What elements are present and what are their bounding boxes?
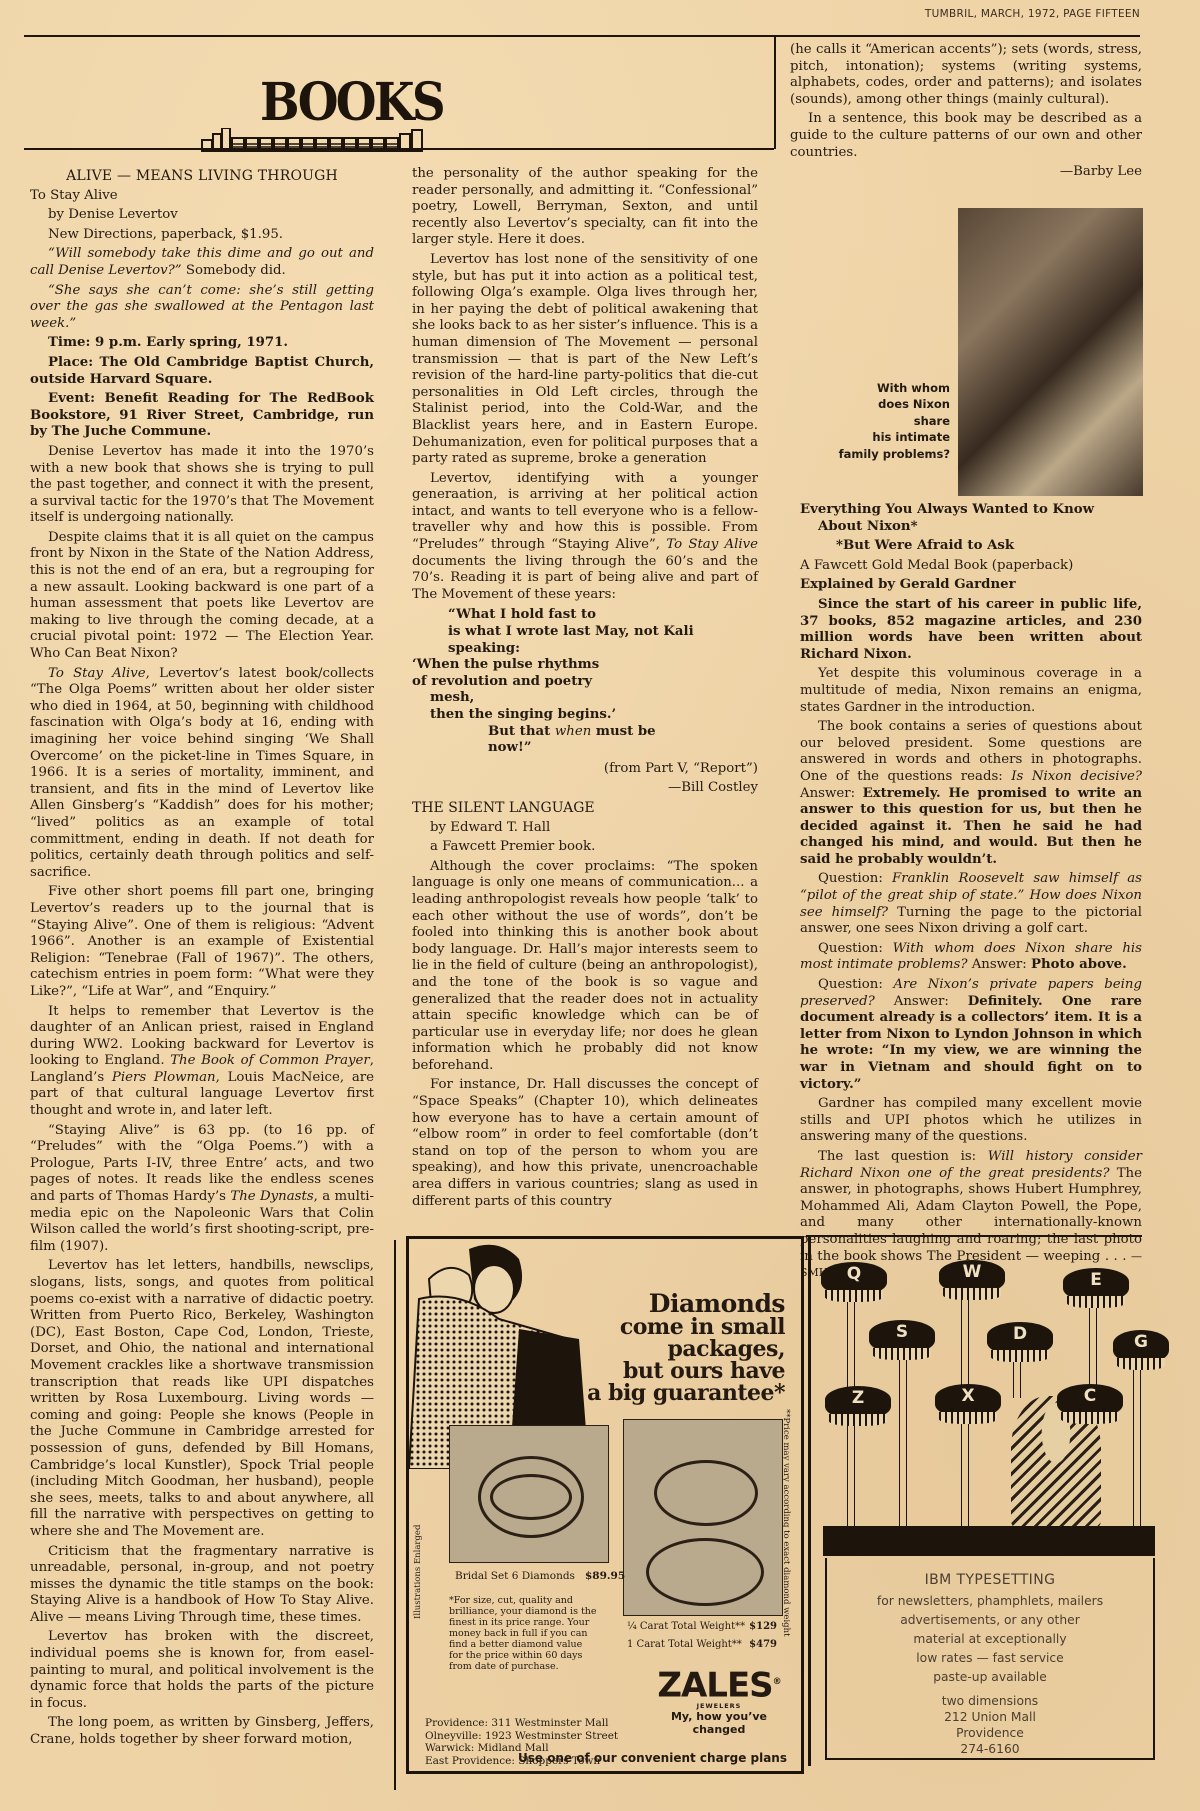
review1-paragraph-olga: To Stay Alive, Levertov’s latest book/co… (30, 666, 374, 882)
review2-byline: —Barby Lee (790, 164, 1142, 181)
column-2: the personality of the author speaking f… (412, 166, 758, 1213)
italic-title: The Dynasts (230, 1189, 313, 1204)
column-1: ALIVE — MEANS LIVING THROUGH To Stay Ali… (30, 168, 374, 1752)
paragraph-text: Question: (818, 977, 893, 992)
review1-paragraph-helps: It helps to remember that Levertov is th… (30, 1004, 374, 1120)
caption-line: share (838, 413, 950, 429)
typewriter-key-q: Q (821, 1262, 887, 1296)
column-3-lower: Everything You Always Wanted to Know Abo… (800, 502, 1142, 1285)
column-3: (he calls it “American accents”); sets (… (790, 42, 1142, 184)
review3-author: Explained by Gerald Gardner (800, 577, 1142, 594)
solitaire-rings-image (623, 1419, 783, 1616)
italic-title: To Stay Alive (48, 666, 146, 681)
review3-question: Question: With whom does Nixon share his… (800, 941, 1142, 974)
review1-paragraph: Five other short poems fill part one, br… (30, 884, 374, 1000)
zales-logo-block: ZALES® JEWELERS My, how you’ve changed (649, 1665, 789, 1736)
store-address: Providence: 311 Westminster Mall (425, 1717, 618, 1730)
logo-text: ZALES (657, 1665, 772, 1705)
zales-headline: Diamonds come in small packages, but our… (587, 1291, 785, 1404)
guarantee-text: *For size, cut, quality and brilliance, … (449, 1595, 599, 1672)
headline-line: packages, (587, 1338, 785, 1360)
paragraph-text: The last question is: (818, 1149, 988, 1164)
registered-mark: ® (773, 1677, 781, 1687)
caption-line: his intimate (838, 429, 950, 445)
poem-line: of revolution and poetry (412, 674, 758, 691)
bridal-set-label: Bridal Set 6 Diamonds $89.95 (455, 1571, 625, 1582)
review1-paragraph: Levertov has broken with the discreet, i… (30, 1629, 374, 1712)
review3-paragraph-book: The book contains a series of questions … (800, 719, 1142, 868)
headline-line: come in small (587, 1316, 785, 1338)
answer-bold: Photo above. (1031, 957, 1127, 972)
bridal-set-image (449, 1425, 609, 1563)
poem-text: But that (488, 724, 555, 739)
review1-publisher: New Directions, paperback, $1.95. (30, 227, 374, 244)
zales-logo: ZALES® (649, 1665, 789, 1702)
ibm-text-box: IBM TYPESETTING for newsletters, phamphl… (825, 1558, 1155, 1760)
one-carat-label: 1 Carat Total Weight**$479 (627, 1639, 777, 1650)
key-stem (899, 1348, 907, 1528)
poem-text: must be (591, 724, 655, 739)
headline-line: a big guarantee* (587, 1382, 785, 1404)
typewriter-key-e: E (1063, 1268, 1129, 1302)
ring-icon (654, 1460, 758, 1526)
italic-title: The Book of Common Prayer (170, 1053, 370, 1068)
review2-author: by Edward T. Hall (412, 820, 758, 837)
review1-author: by Denise Levertov (30, 207, 374, 224)
typewriter-key-w: W (939, 1260, 1005, 1294)
review1-title: To Stay Alive (30, 188, 374, 205)
review1-paragraph-pages: “Staying Alive” is 63 pp. (to 16 pp. of … (30, 1123, 374, 1256)
ibm-typesetting-advertisement: Q W E S D G Z X C IBM TYPESETTING for ne… (808, 1236, 1151, 1766)
ring-icon (490, 1474, 572, 1520)
review3-title1: Everything You Always Wanted to Know (800, 502, 1142, 519)
typewriter-key-c: C (1057, 1384, 1123, 1418)
review1-paragraph: Levertov has lost none of the sensitivit… (412, 252, 758, 468)
nixon-photo (958, 208, 1143, 496)
review3-title2: About Nixon* (800, 519, 1142, 536)
item-label: ¼ Carat Total Weight** (627, 1621, 745, 1632)
question-italic: Is Nixon decisive? (1011, 769, 1142, 784)
review1-place: Place: The Old Cambridge Baptist Church,… (30, 355, 374, 388)
typewriter-key-d: D (987, 1322, 1053, 1356)
typewriter-key-z: Z (825, 1386, 891, 1420)
paragraph-text: Question: (818, 871, 892, 886)
review2-summary: In a sentence, this book may be describe… (790, 111, 1142, 161)
typewriter-key-s: S (869, 1320, 935, 1354)
review1-byline: —Bill Costley (412, 780, 758, 797)
poem-line: now!” (412, 740, 758, 757)
store-address: Olneyville: 1923 Westminster Street (425, 1730, 618, 1743)
ibm-title: IBM TYPESETTING (827, 1572, 1153, 1588)
bookshelf-icon (200, 128, 440, 152)
poem-line: “What I hold fast to (412, 607, 758, 624)
review1-continued: the personality of the author speaking f… (412, 166, 758, 249)
paragraph-text: Answer: (800, 786, 863, 801)
review1-quote2: “She says she can’t come: she’s still ge… (30, 283, 374, 333)
review1-paragraph: Criticism that the fragmentary narrative… (30, 1544, 374, 1627)
review3-title3: *But Were Afraid to Ask (800, 538, 1142, 555)
review3-publisher: A Fawcett Gold Medal Book (paperback) (800, 558, 1142, 575)
photo-caption: With whom does Nixon share his intimate … (838, 380, 950, 462)
review2-continued: (he calls it “American accents”); sets (… (790, 42, 1142, 108)
poem-line: mesh, (412, 690, 758, 707)
illustrations-note: Illustrations Enlarged (413, 1525, 423, 1619)
typewriter-base (823, 1526, 1155, 1556)
review2-paragraph: Although the cover proclaims: “The spoke… (412, 859, 758, 1075)
zales-tagline: My, how you’ve changed (649, 1710, 789, 1736)
review3-paragraph: Gardner has compiled many excellent movi… (800, 1096, 1142, 1146)
top-rule (24, 35, 1140, 37)
service-line: advertisements, or any other (827, 1611, 1153, 1630)
headline-line: Diamonds (587, 1291, 785, 1316)
italic-title: Piers Plowman (112, 1070, 216, 1085)
caption-line: does Nixon (838, 396, 950, 412)
service-line: material at exceptionally (827, 1630, 1153, 1649)
ibm-contact: two dimensions 212 Union Mall Providence… (827, 1693, 1153, 1757)
key-stem (1133, 1358, 1141, 1528)
item-price: $479 (749, 1639, 777, 1650)
service-line: low rates — fast service (827, 1649, 1153, 1668)
review1-paragraph: The long poem, as written by Ginsberg, J… (30, 1715, 374, 1748)
paragraph-text: Question: (818, 941, 893, 956)
contact-line: two dimensions (827, 1693, 1153, 1709)
poem-line: But that when must be (412, 724, 758, 741)
review1-quote1: “Will somebody take this dime and go out… (30, 246, 374, 279)
quarter-carat-label: ¼ Carat Total Weight**$129 (627, 1621, 777, 1632)
paragraph-text: Answer: (967, 957, 1031, 972)
item-label: Bridal Set 6 Diamonds (455, 1570, 575, 1582)
ring-icon (646, 1538, 764, 1606)
quote1-tail: Somebody did. (182, 263, 286, 278)
charge-plans: Use one of our convenient charge plans (518, 1751, 787, 1765)
col2-divider (394, 1240, 396, 1790)
review1-paragraph: Denise Levertov has made it into the 197… (30, 444, 374, 527)
review1-time: Time: 9 p.m. Early spring, 1971. (30, 335, 374, 352)
paragraph-text: documents the living through the 60’s an… (412, 554, 758, 602)
review3-paragraph: Since the start of his career in public … (800, 597, 1142, 663)
poem-excerpt: “What I hold fast to is what I wrote las… (412, 607, 758, 756)
paragraph-text: , Levertov’s latest book/collects “The O… (30, 666, 374, 880)
zales-advertisement: Diamonds come in small packages, but our… (406, 1236, 804, 1774)
books-section-logo: BOOKS (200, 72, 440, 152)
review1-headline: ALIVE — MEANS LIVING THROUGH (30, 168, 374, 185)
review3-question: Question: Franklin Roosevelt saw himself… (800, 871, 1142, 937)
service-line: for newsletters, phamphlets, mailers (827, 1592, 1153, 1611)
item-price: $89.95 (585, 1570, 625, 1582)
page-folio: TUMBRIL, MARCH, 1972, PAGE FIFTEEN (925, 8, 1140, 20)
poem-line: then the singing begins.’ (412, 707, 758, 724)
poem-line: ‘When the pulse rhythms (412, 657, 758, 674)
review1-event: Event: Benefit Reading for The RedBook B… (30, 391, 374, 441)
review2-paragraph: For instance, Dr. Hall discusses the con… (412, 1077, 758, 1210)
paragraph-text: Answer: (875, 994, 968, 1009)
service-line: paste-up available (827, 1668, 1153, 1687)
review1-paragraph: Despite claims that it is all quiet on t… (30, 530, 374, 663)
poem-italic: when (555, 724, 591, 739)
poem-source: (from Part V, “Report”) (412, 761, 758, 778)
review3-question: Question: Are Nixon’s private papers bei… (800, 977, 1142, 1093)
headline-line: but ours have (587, 1360, 785, 1382)
contact-line: Providence (827, 1725, 1153, 1741)
review1-paragraph: Levertov has let letters, handbills, new… (30, 1258, 374, 1540)
review2-headline: THE SILENT LANGUAGE (412, 800, 758, 817)
review1-paragraph-identifying: Levertov, identifying with a younger gen… (412, 471, 758, 604)
typewriter-key-x: X (935, 1384, 1001, 1418)
caption-line: With whom (838, 380, 950, 396)
item-label: 1 Carat Total Weight** (627, 1639, 742, 1650)
header-divider (774, 36, 776, 149)
contact-line: 212 Union Mall (827, 1709, 1153, 1725)
review3-paragraph: Yet despite this voluminous coverage in … (800, 666, 1142, 716)
ibm-services: for newsletters, phamphlets, mailers adv… (827, 1592, 1153, 1687)
poem-line: is what I wrote last May, not Kali speak… (412, 624, 758, 657)
caption-line: family problems? (838, 446, 950, 462)
contact-line: 274-6160 (827, 1741, 1153, 1757)
review2-publisher: a Fawcett Premier book. (412, 839, 758, 856)
item-price: $129 (749, 1621, 777, 1632)
typewriter-key-g: G (1113, 1330, 1169, 1364)
books-logo-text: BOOKS (260, 72, 443, 133)
italic-title: To Stay Alive (666, 537, 758, 552)
